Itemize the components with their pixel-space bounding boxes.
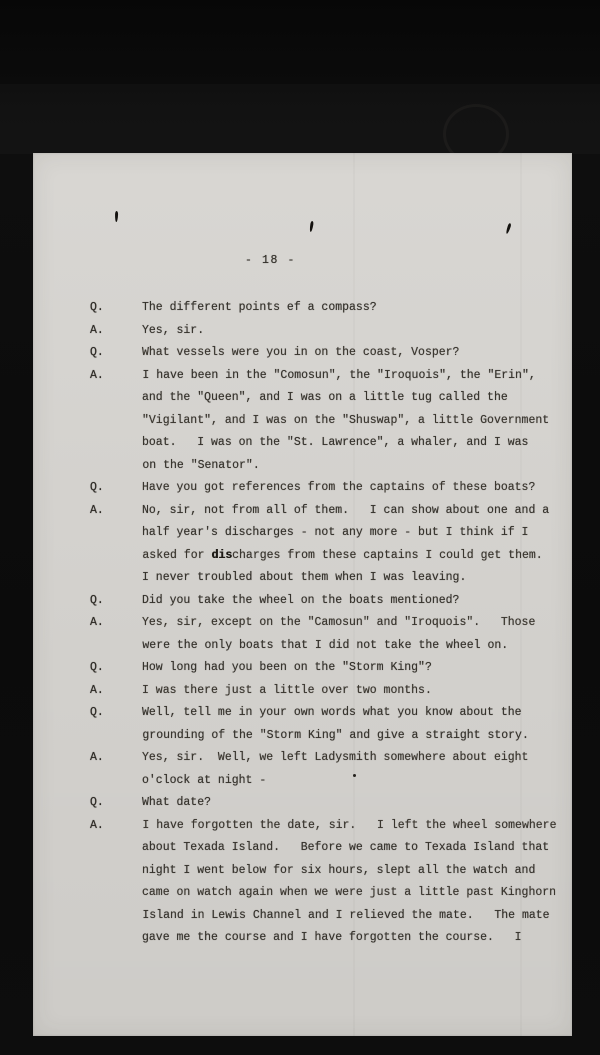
line-text: on the "Senator".: [142, 455, 259, 478]
speaker-label: A.: [90, 680, 104, 703]
transcript-line: Q.What date?: [33, 792, 572, 815]
transcript-line: Q.How long had you been on the "Storm Ki…: [33, 657, 572, 680]
speaker-label: Q.: [90, 297, 104, 320]
line-text: Well, tell me in your own words what you…: [142, 702, 522, 725]
line-text: Did you take the wheel on the boats ment…: [142, 590, 459, 613]
transcript-line: asked for discharges from these captains…: [33, 545, 572, 568]
transcript-line: Q.The different points ef a compass?: [33, 297, 572, 320]
transcript-line: I never troubled about them when I was l…: [33, 567, 572, 590]
line-text: I have been in the "Comosun", the "Iroqu…: [142, 365, 535, 388]
apostrophe-mark-icon: [309, 221, 314, 232]
transcript-line: boat. I was on the "St. Lawrence", a wha…: [33, 432, 572, 455]
transcript-line: A.I was there just a little over two mon…: [33, 680, 572, 703]
speaker-label: A.: [90, 500, 104, 523]
line-text: grounding of the "Storm King" and give a…: [142, 725, 528, 748]
apostrophe-mark-icon: [505, 223, 511, 234]
line-text: were the only boats that I did not take …: [142, 635, 508, 658]
line-text: What date?: [142, 792, 211, 815]
period-mark-icon: [353, 774, 356, 777]
line-text: about Texada Island. Before we came to T…: [142, 837, 549, 860]
transcript-line: o'clock at night -: [33, 770, 572, 793]
line-text: I have forgotten the date, sir. I left t…: [142, 815, 556, 838]
page-number: - 18 -: [245, 254, 296, 267]
speaker-label: Q.: [90, 590, 104, 613]
transcript-line: A.Yes, sir, except on the "Camosun" and …: [33, 612, 572, 635]
line-text: boat. I was on the "St. Lawrence", a wha…: [142, 432, 528, 455]
transcript-line: were the only boats that I did not take …: [33, 635, 572, 658]
document-page: - 18 - Q.The different points ef a compa…: [33, 153, 572, 1036]
speaker-label: Q.: [90, 657, 104, 680]
transcript-line: on the "Senator".: [33, 455, 572, 478]
line-text: The different points ef a compass?: [142, 297, 377, 320]
transcript-line: A.Yes, sir.: [33, 320, 572, 343]
apostrophe-mark-icon: [115, 211, 118, 222]
transcript-line: A.No, sir, not from all of them. I can s…: [33, 500, 572, 523]
speaker-label: Q.: [90, 342, 104, 365]
transcript-line: gave me the course and I have forgotten …: [33, 927, 572, 950]
transcript-line: about Texada Island. Before we came to T…: [33, 837, 572, 860]
line-text: "Vigilant", and I was on the "Shuswap", …: [142, 410, 549, 433]
line-text: No, sir, not from all of them. I can sho…: [142, 500, 549, 523]
line-text: Yes, sir.: [142, 320, 204, 343]
line-text: Yes, sir, except on the "Camosun" and "I…: [142, 612, 535, 635]
line-text: asked for discharges from these captains…: [142, 545, 542, 568]
speaker-label: Q.: [90, 477, 104, 500]
transcript-line: Q.Have you got references from the capta…: [33, 477, 572, 500]
line-text: gave me the course and I have forgotten …: [142, 927, 522, 950]
scanned-document: - 18 - Q.The different points ef a compa…: [0, 0, 600, 1055]
line-text: o'clock at night -: [142, 770, 266, 793]
transcript-line: came on watch again when we were just a …: [33, 882, 572, 905]
speaker-label: A.: [90, 320, 104, 343]
transcript-line: Q.Well, tell me in your own words what y…: [33, 702, 572, 725]
transcript-line: grounding of the "Storm King" and give a…: [33, 725, 572, 748]
transcript-line: half year's discharges - not any more - …: [33, 522, 572, 545]
transcript-line: Island in Lewis Channel and I relieved t…: [33, 905, 572, 928]
speaker-label: A.: [90, 815, 104, 838]
speaker-label: A.: [90, 612, 104, 635]
line-text: Have you got references from the captain…: [142, 477, 535, 500]
transcript-line: A.I have been in the "Comosun", the "Iro…: [33, 365, 572, 388]
transcript-line: Q.What vessels were you in on the coast,…: [33, 342, 572, 365]
line-text: Island in Lewis Channel and I relieved t…: [142, 905, 549, 928]
line-text: half year's discharges - not any more - …: [142, 522, 528, 545]
transcript-line: and the "Queen", and I was on a little t…: [33, 387, 572, 410]
transcript-line: "Vigilant", and I was on the "Shuswap", …: [33, 410, 572, 433]
line-text: and the "Queen", and I was on a little t…: [142, 387, 508, 410]
transcript-line: A.Yes, sir. Well, we left Ladysmith some…: [33, 747, 572, 770]
line-text: I never troubled about them when I was l…: [142, 567, 466, 590]
line-text: I was there just a little over two month…: [142, 680, 432, 703]
speaker-label: A.: [90, 365, 104, 388]
transcript: Q.The different points ef a compass?A.Ye…: [33, 297, 572, 950]
line-text: Yes, sir. Well, we left Ladysmith somewh…: [142, 747, 528, 770]
line-text: How long had you been on the "Storm King…: [142, 657, 432, 680]
line-text: came on watch again when we were just a …: [142, 882, 556, 905]
transcript-line: A.I have forgotten the date, sir. I left…: [33, 815, 572, 838]
line-text: night I went below for six hours, slept …: [142, 860, 535, 883]
speaker-label: A.: [90, 747, 104, 770]
transcript-line: night I went below for six hours, slept …: [33, 860, 572, 883]
scan-light-band: [0, 84, 600, 154]
line-text: What vessels were you in on the coast, V…: [142, 342, 459, 365]
transcript-line: Q.Did you take the wheel on the boats me…: [33, 590, 572, 613]
speaker-label: Q.: [90, 702, 104, 725]
speaker-label: Q.: [90, 792, 104, 815]
